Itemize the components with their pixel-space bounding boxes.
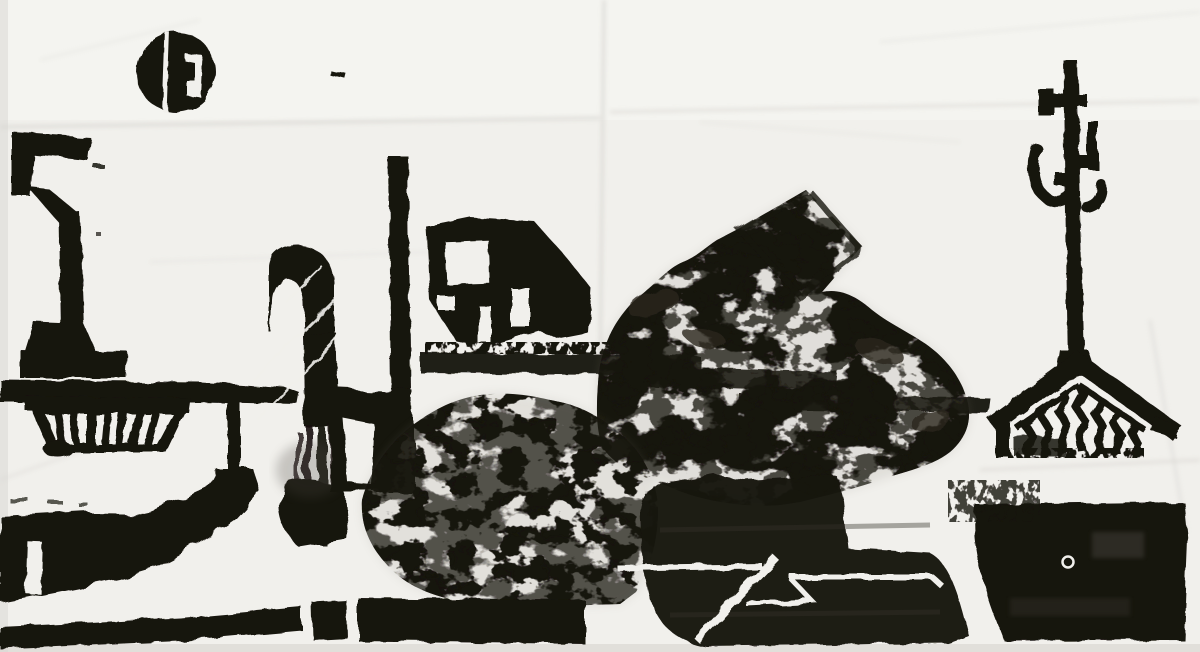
window — [445, 240, 489, 284]
basket-grill — [24, 396, 190, 457]
sun-disc — [136, 32, 216, 112]
artwork-photo — [0, 0, 1200, 652]
print-artwork — [0, 0, 1200, 652]
